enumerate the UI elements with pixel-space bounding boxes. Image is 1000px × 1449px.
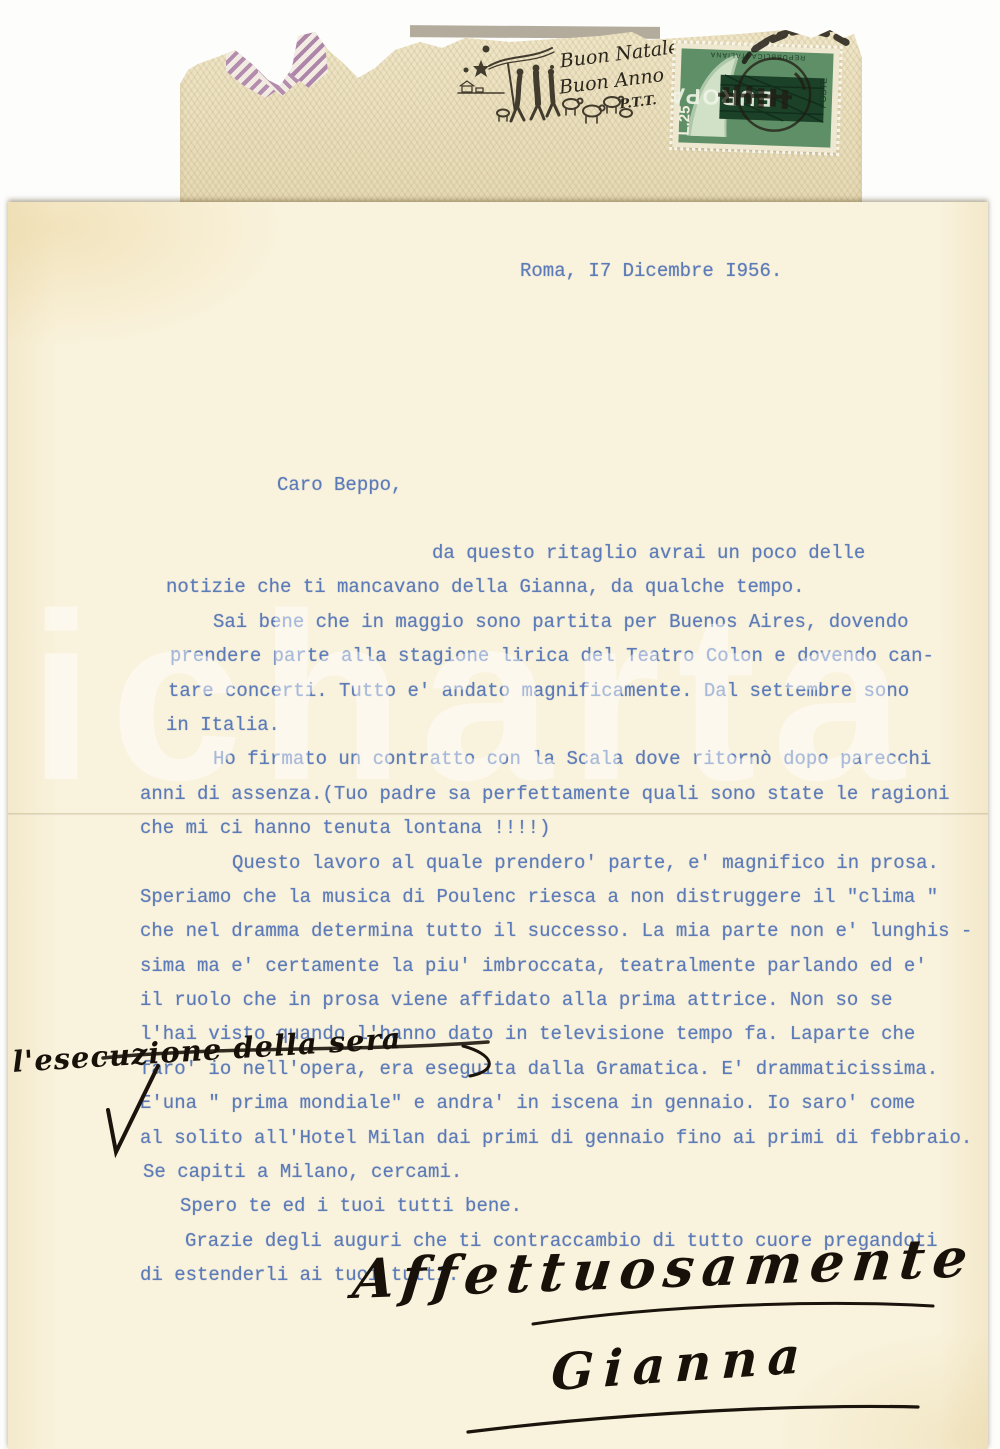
signature-underline	[463, 1394, 928, 1440]
dateline: Roma, I7 Dicembre I956.	[520, 260, 782, 282]
letter-body: da questo ritaglio avrai un poco delle n…	[8, 536, 988, 1293]
typed-line: al solito all'Hotel Milan dai primi di g…	[8, 1121, 988, 1155]
stamp-denomination: L.25	[676, 105, 694, 136]
typed-line: Questo lavoro al quale prendero' parte, …	[8, 846, 988, 880]
christmas-postmark-icon: Buon Natale Buon Anno P.T.T.	[456, 36, 674, 140]
document-scan: Buon Natale Buon Anno P.T.T. EUROPA REPU…	[0, 0, 1000, 1449]
stamp-side-text: POSTE	[818, 78, 829, 109]
typed-line: sima ma e' certamente la piu' imbroccata…	[8, 949, 988, 983]
postmark-slogan-line3: P.T.T.	[618, 93, 658, 113]
typed-line: il ruolo che in prosa viene affidato all…	[8, 983, 988, 1017]
typed-line: E'una " prima mondiale" e andra' in isce…	[8, 1086, 988, 1120]
handwritten-signature: Gianna	[550, 1325, 811, 1402]
typed-line: da questo ritaglio avrai un poco delle	[8, 536, 988, 570]
typed-line: prendere parte alla stagione lirica del …	[8, 639, 988, 673]
typed-line: Se capiti a Milano, cercami.	[8, 1155, 988, 1189]
typed-line: Sai bene che in maggio sono partita per …	[8, 605, 988, 639]
comet-star-icon	[473, 60, 489, 77]
envelope: Buon Natale Buon Anno P.T.T. EUROPA REPU…	[180, 22, 862, 206]
typed-line: notizie che ti mancavano della Gianna, d…	[8, 570, 988, 604]
typed-line: Speriamo che la musica di Poulenc riesca…	[8, 880, 988, 914]
salutation: Caro Beppo,	[277, 474, 402, 496]
postmark-smudge-icon	[725, 14, 870, 70]
typed-line: Ho firmato un contratto con la Scala dov…	[8, 742, 988, 776]
typed-line: che nel dramma determina tutto il succes…	[8, 914, 988, 948]
letter-page: Roma, I7 Dicembre I956. Caro Beppo, da q…	[8, 202, 988, 1449]
typed-line: tare concerti. Tutto e' andato magnifica…	[8, 674, 988, 708]
typed-line: in Italia.	[8, 708, 988, 742]
typed-line: che mi ci hanno tenuta lontana !!!!)	[8, 811, 988, 845]
typed-line: Spero te ed i tuoi tutti bene.	[8, 1189, 988, 1223]
typed-line: anni di assenza.(Tuo padre sa perfettame…	[8, 777, 988, 811]
closing-underline	[528, 1292, 943, 1334]
